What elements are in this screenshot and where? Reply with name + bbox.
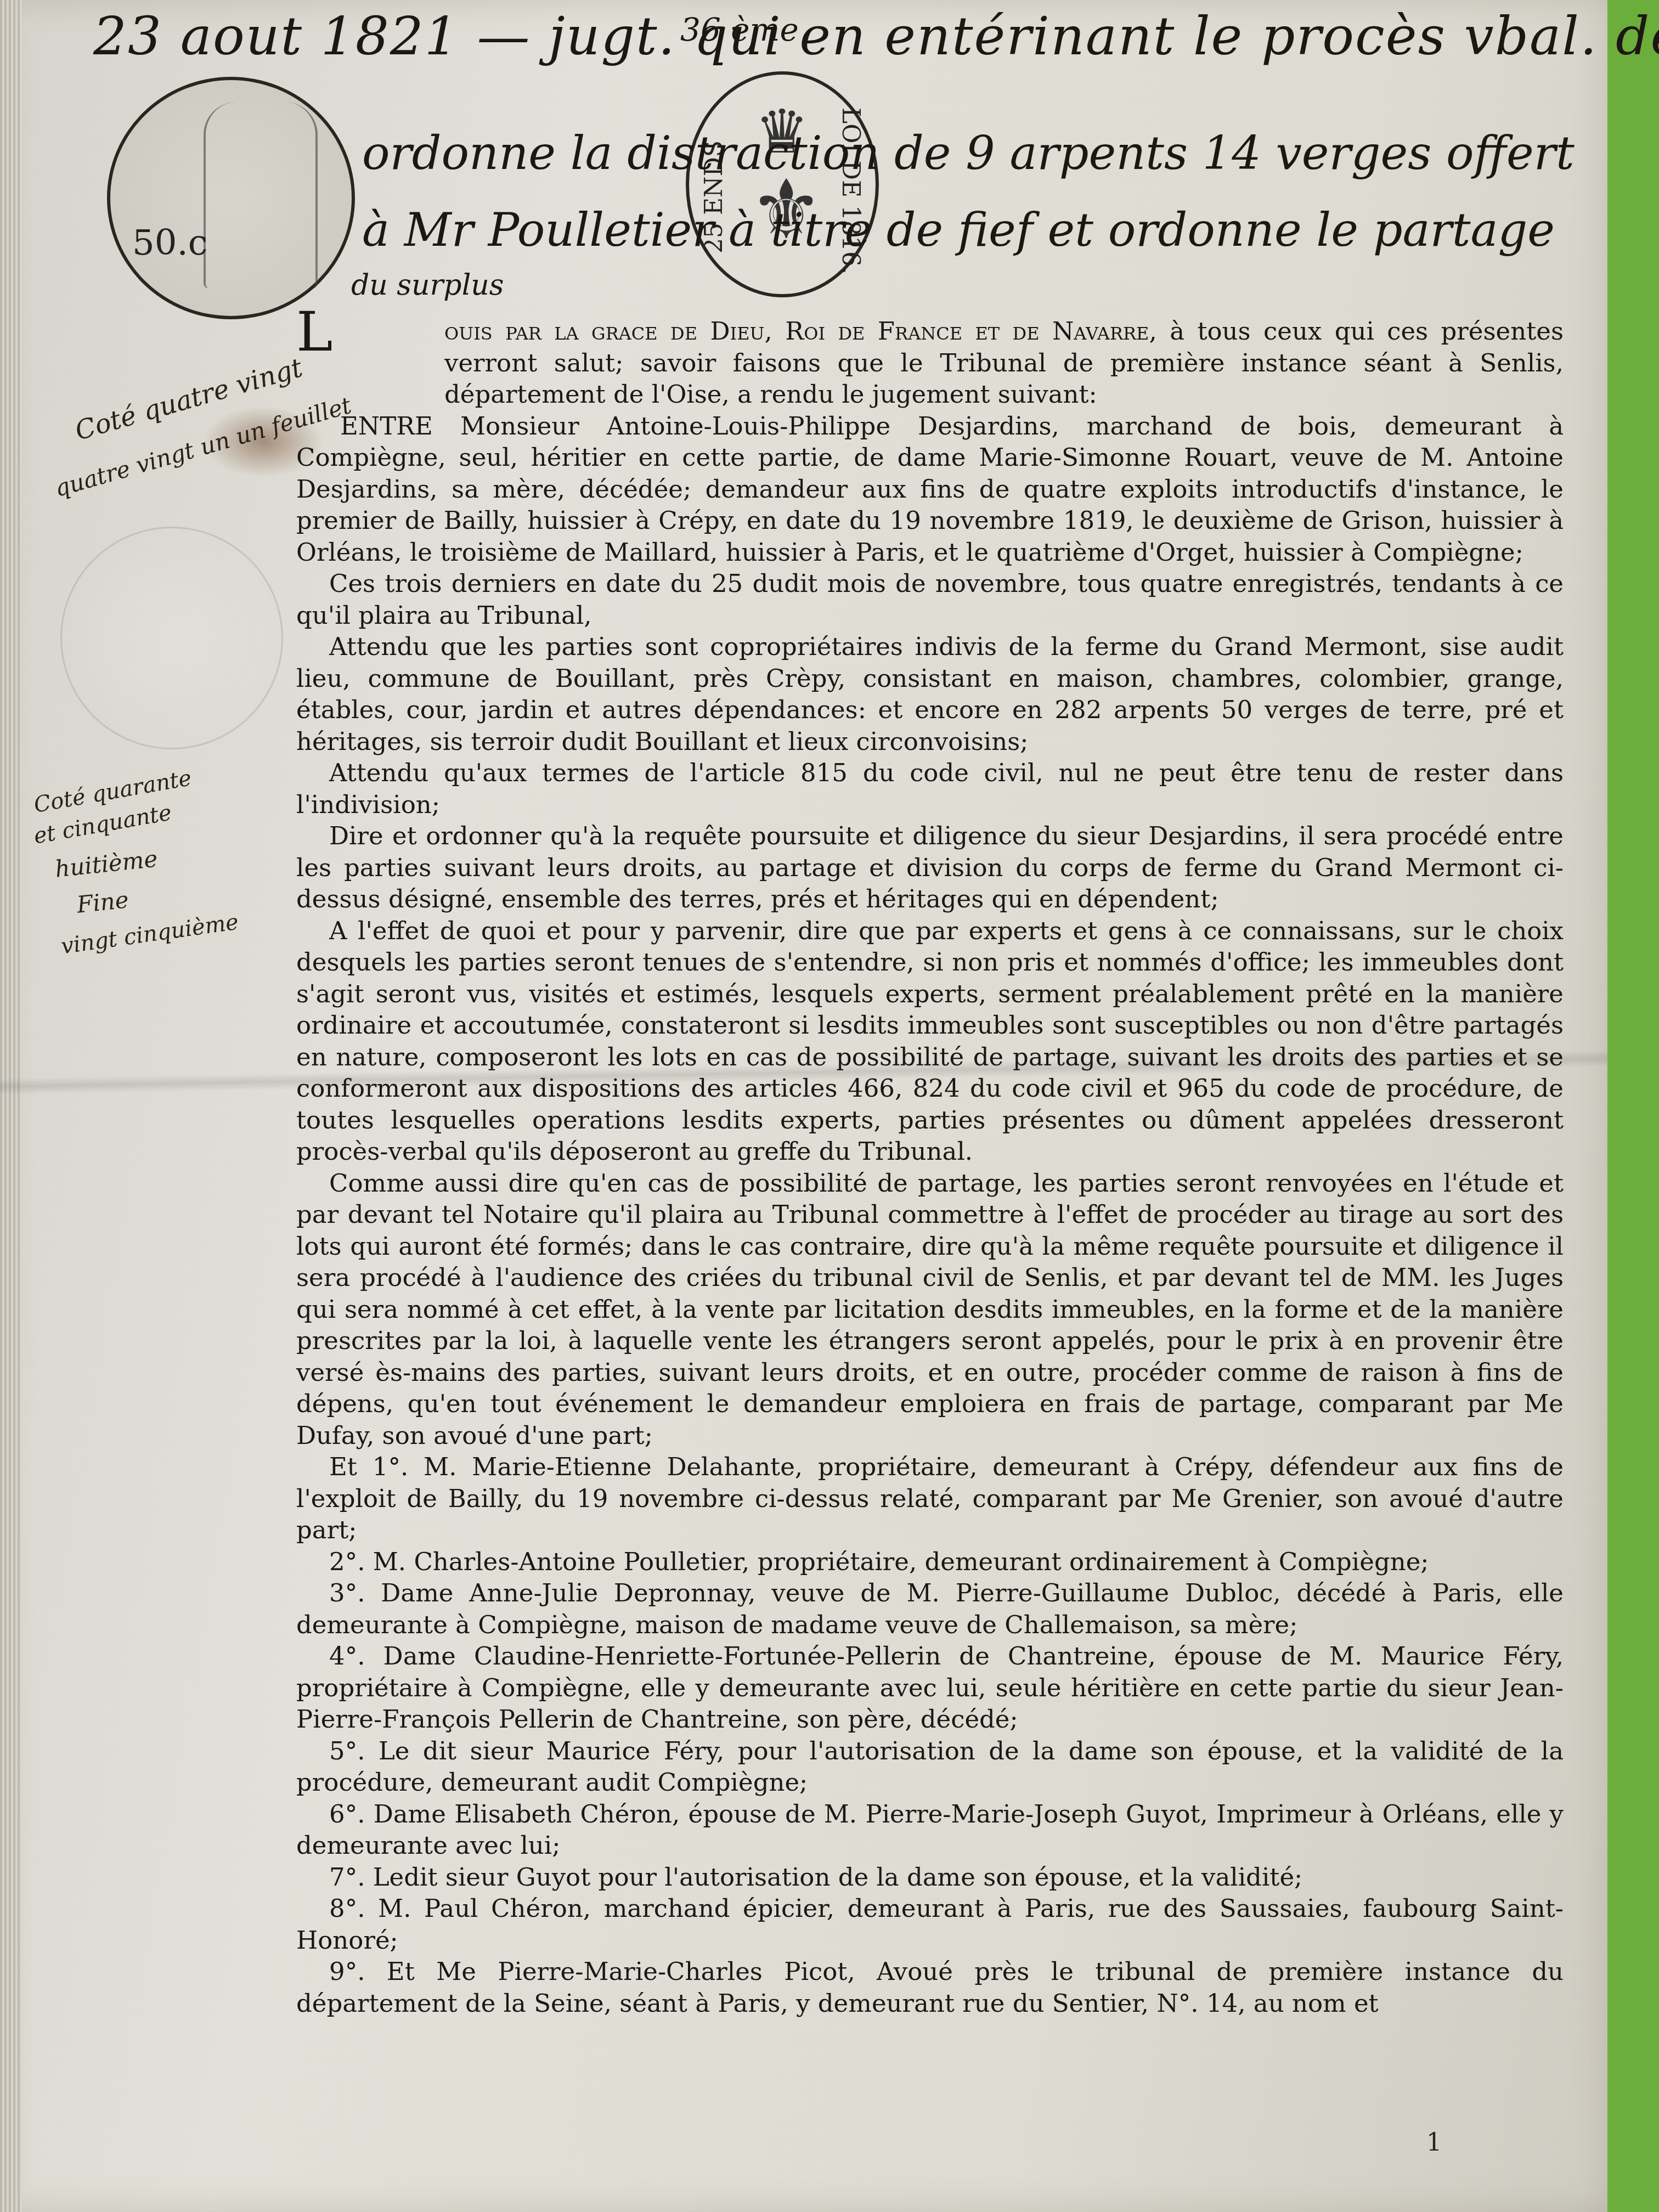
royal-seal-stamp: 25 ENDS ♛ ⚜ LOI DE 1816. — [686, 71, 879, 297]
stamp-value: 50.c — [132, 223, 208, 263]
justice-figure-icon — [204, 102, 318, 289]
intro-title: ouis par la grace de Dieu, Roi de France… — [444, 317, 1149, 346]
paragraph: Comme aussi dire qu'en cas de possibilit… — [296, 1167, 1564, 1452]
paragraph: 3°. Dame Anne-Julie Depronnay, veuve de … — [296, 1577, 1564, 1640]
paragraph: 6°. Dame Elisabeth Chéron, épouse de M. … — [296, 1798, 1564, 1861]
handwritten-header-line4: du surplus — [351, 269, 504, 302]
drop-cap: L — [296, 315, 332, 348]
intro-paragraph: Louis par la grace de Dieu, Roi de Franc… — [296, 315, 1564, 410]
paragraph: 4°. Dame Claudine-Henriette-Fortunée-Pel… — [296, 1640, 1564, 1735]
judgment-body: Louis par la grace de Dieu, Roi de Franc… — [296, 315, 1564, 2019]
bound-edge — [0, 0, 22, 2212]
embossed-dry-stamp — [60, 527, 283, 749]
paragraph: Et 1°. M. Marie-Etienne Delahante, propr… — [296, 1451, 1564, 1546]
paragraph: 7°. Ledit sieur Guyot pour l'autorisatio… — [296, 1861, 1564, 1893]
paragraph: Attendu que les parties sont copropriéta… — [296, 631, 1564, 757]
margin-note: huitième — [54, 845, 159, 882]
handwritten-header-line3: à Mr Poulletier à titre de fief et ordon… — [362, 203, 1555, 257]
paragraph: Dire et ordonner qu'à la requête poursui… — [296, 820, 1564, 915]
handwritten-header-line1: 23 aout 1821 — jugt. qui en entérinant l… — [93, 5, 1659, 67]
paragraph: 9°. Et Me Pierre-Marie-Charles Picot, Av… — [296, 1956, 1564, 2019]
margin-note: Fine — [76, 886, 130, 918]
tax-stamp-50c: 50.c — [107, 77, 355, 319]
paragraph: A l'effet de quoi et pour y parvenir, di… — [296, 915, 1564, 1167]
paragraph: Attendu qu'aux termes de l'article 815 d… — [296, 757, 1564, 820]
document-page: 50.c 25 ENDS ♛ ⚜ LOI DE 1816. 23 aout 18… — [0, 0, 1607, 2212]
paragraph: ENTRE Monsieur Antoine-Louis-Philippe De… — [296, 410, 1564, 568]
page-number: 1 — [1426, 2129, 1442, 2157]
paragraph: 8°. M. Paul Chéron, marchand épicier, de… — [296, 1893, 1564, 1956]
paragraph: 2°. M. Charles-Antoine Poulletier, propr… — [296, 1546, 1564, 1578]
paragraph: Ces trois derniers en date du 25 dudit m… — [296, 568, 1564, 631]
paragraph: 5°. Le dit sieur Maurice Féry, pour l'au… — [296, 1735, 1564, 1798]
handwritten-superscript: 36 ème — [680, 11, 799, 48]
handwritten-header-line2: ordonne la distraction de 9 arpents 14 v… — [362, 126, 1575, 180]
